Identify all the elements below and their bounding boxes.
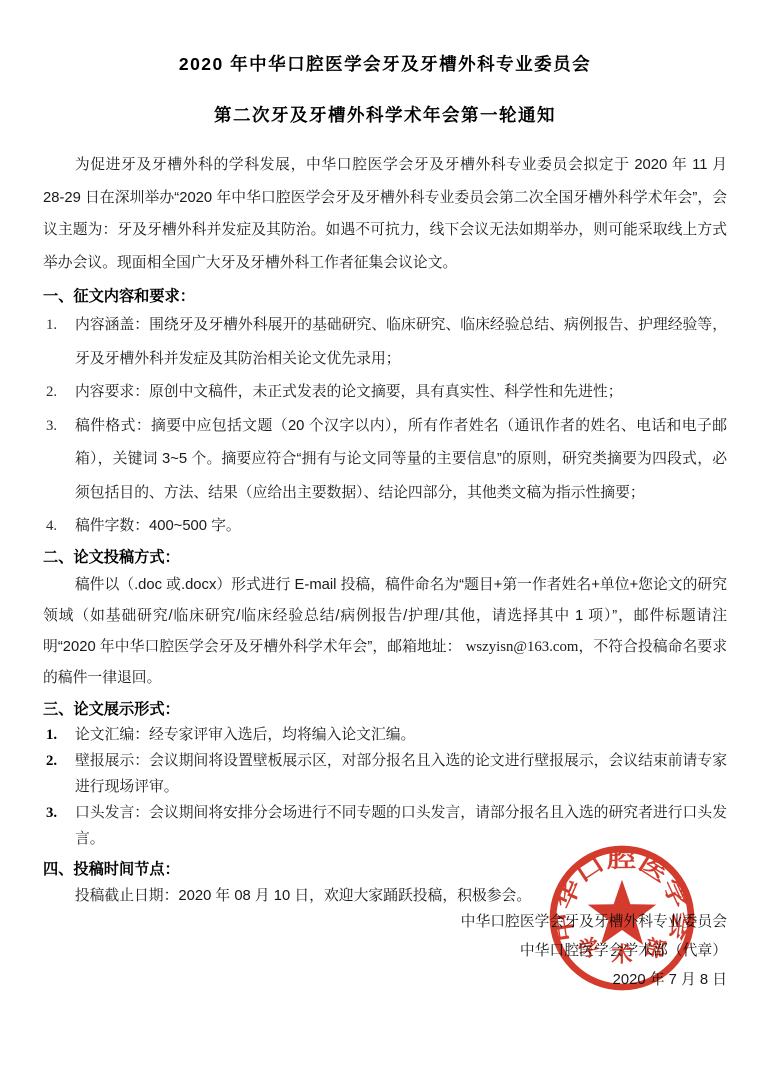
section-1-list: 1. 内容涵盖：围绕牙及牙槽外科展开的基础研究、临床研究、临床经验总结、病例报告… bbox=[43, 309, 727, 544]
item-text: 口头发言：会议期间将安排分会场进行不同专题的口头发言，请部分报名且入选的研究者进… bbox=[75, 805, 727, 847]
item-text: 论文汇编：经专家评审入选后，均将编入论文汇编。 bbox=[75, 727, 415, 743]
item-text: 稿件字数：400~500 字。 bbox=[75, 518, 241, 534]
list-item: 1. 内容涵盖：围绕牙及牙槽外科展开的基础研究、临床研究、临床经验总结、病例报告… bbox=[43, 309, 727, 376]
item-number: 1. bbox=[46, 722, 57, 748]
section-3-heading: 三、论文展示形式： bbox=[43, 698, 727, 722]
deadline-paragraph: 投稿截止日期：2020 年 08 月 10 日，欢迎大家踊跃投稿，积极参会。 bbox=[43, 882, 727, 910]
list-item: 2. 壁报展示：会议期间将设置壁板展示区，对部分报名且入选的论文进行壁报展示，会… bbox=[43, 748, 727, 800]
section-4-heading: 四、投稿时间节点： bbox=[43, 858, 727, 882]
signature-block: 中华口腔医学会牙及牙槽外科专业委员会 中华口腔医学会学术部（代章） 2020 年… bbox=[43, 908, 727, 995]
item-number: 2. bbox=[46, 376, 57, 410]
item-text: 内容涵盖：围绕牙及牙槽外科展开的基础研究、临床研究、临床经验总结、病例报告、护理… bbox=[75, 317, 727, 367]
item-number: 2. bbox=[46, 748, 57, 774]
signature-org-line2: 中华口腔医学会学术部（代章） bbox=[43, 937, 727, 966]
list-item: 2. 内容要求：原创中文稿件，未正式发表的论文摘要，具有真实性、科学性和先进性； bbox=[43, 376, 727, 410]
list-item: 3. 口头发言：会议期间将安排分会场进行不同专题的口头发言，请部分报名且入选的研… bbox=[43, 800, 727, 852]
submission-paragraph: 稿件以（.doc 或.docx）形式进行 E-mail 投稿，稿件命名为“题目+… bbox=[43, 570, 727, 694]
item-number: 1. bbox=[46, 309, 57, 343]
document-content: 2020 年中华口腔医学会牙及牙槽外科专业委员会 第二次牙及牙槽外科学术年会第一… bbox=[43, 0, 727, 995]
doc-title-line1: 2020 年中华口腔医学会牙及牙槽外科专业委员会 bbox=[43, 53, 727, 76]
item-number: 4. bbox=[46, 510, 57, 544]
list-item: 3. 稿件格式：摘要中应包括文题（20 个汉字以内），所有作者姓名（通讯作者的姓… bbox=[43, 410, 727, 511]
doc-title-line2: 第二次牙及牙槽外科学术年会第一轮通知 bbox=[43, 104, 727, 127]
section-1-heading: 一、征文内容和要求： bbox=[43, 285, 727, 309]
section-3-list: 1. 论文汇编：经专家评审入选后，均将编入论文汇编。 2. 壁报展示：会议期间将… bbox=[43, 722, 727, 852]
list-item: 1. 论文汇编：经专家评审入选后，均将编入论文汇编。 bbox=[43, 722, 727, 748]
email-address: wszyisn@163.com bbox=[466, 639, 579, 655]
signature-org-line1: 中华口腔医学会牙及牙槽外科专业委员会 bbox=[43, 908, 727, 937]
item-number: 3. bbox=[46, 410, 57, 444]
document-page: 2020 年中华口腔医学会牙及牙槽外科专业委员会 第二次牙及牙槽外科学术年会第一… bbox=[0, 0, 768, 1086]
item-text: 稿件格式：摘要中应包括文题（20 个汉字以内），所有作者姓名（通讯作者的姓名、电… bbox=[75, 418, 727, 501]
item-number: 3. bbox=[46, 800, 57, 826]
item-text: 内容要求：原创中文稿件，未正式发表的论文摘要，具有真实性、科学性和先进性； bbox=[75, 384, 623, 400]
list-item: 4. 稿件字数：400~500 字。 bbox=[43, 510, 727, 544]
intro-paragraph: 为促进牙及牙槽外科的学科发展，中华口腔医学会牙及牙槽外科专业委员会拟定于 202… bbox=[43, 149, 727, 279]
item-text: 壁报展示：会议期间将设置壁板展示区，对部分报名且入选的论文进行壁报展示，会议结束… bbox=[75, 753, 727, 795]
signature-date: 2020 年 7 月 8 日 bbox=[43, 966, 727, 995]
section-2-heading: 二、论文投稿方式： bbox=[43, 546, 727, 570]
